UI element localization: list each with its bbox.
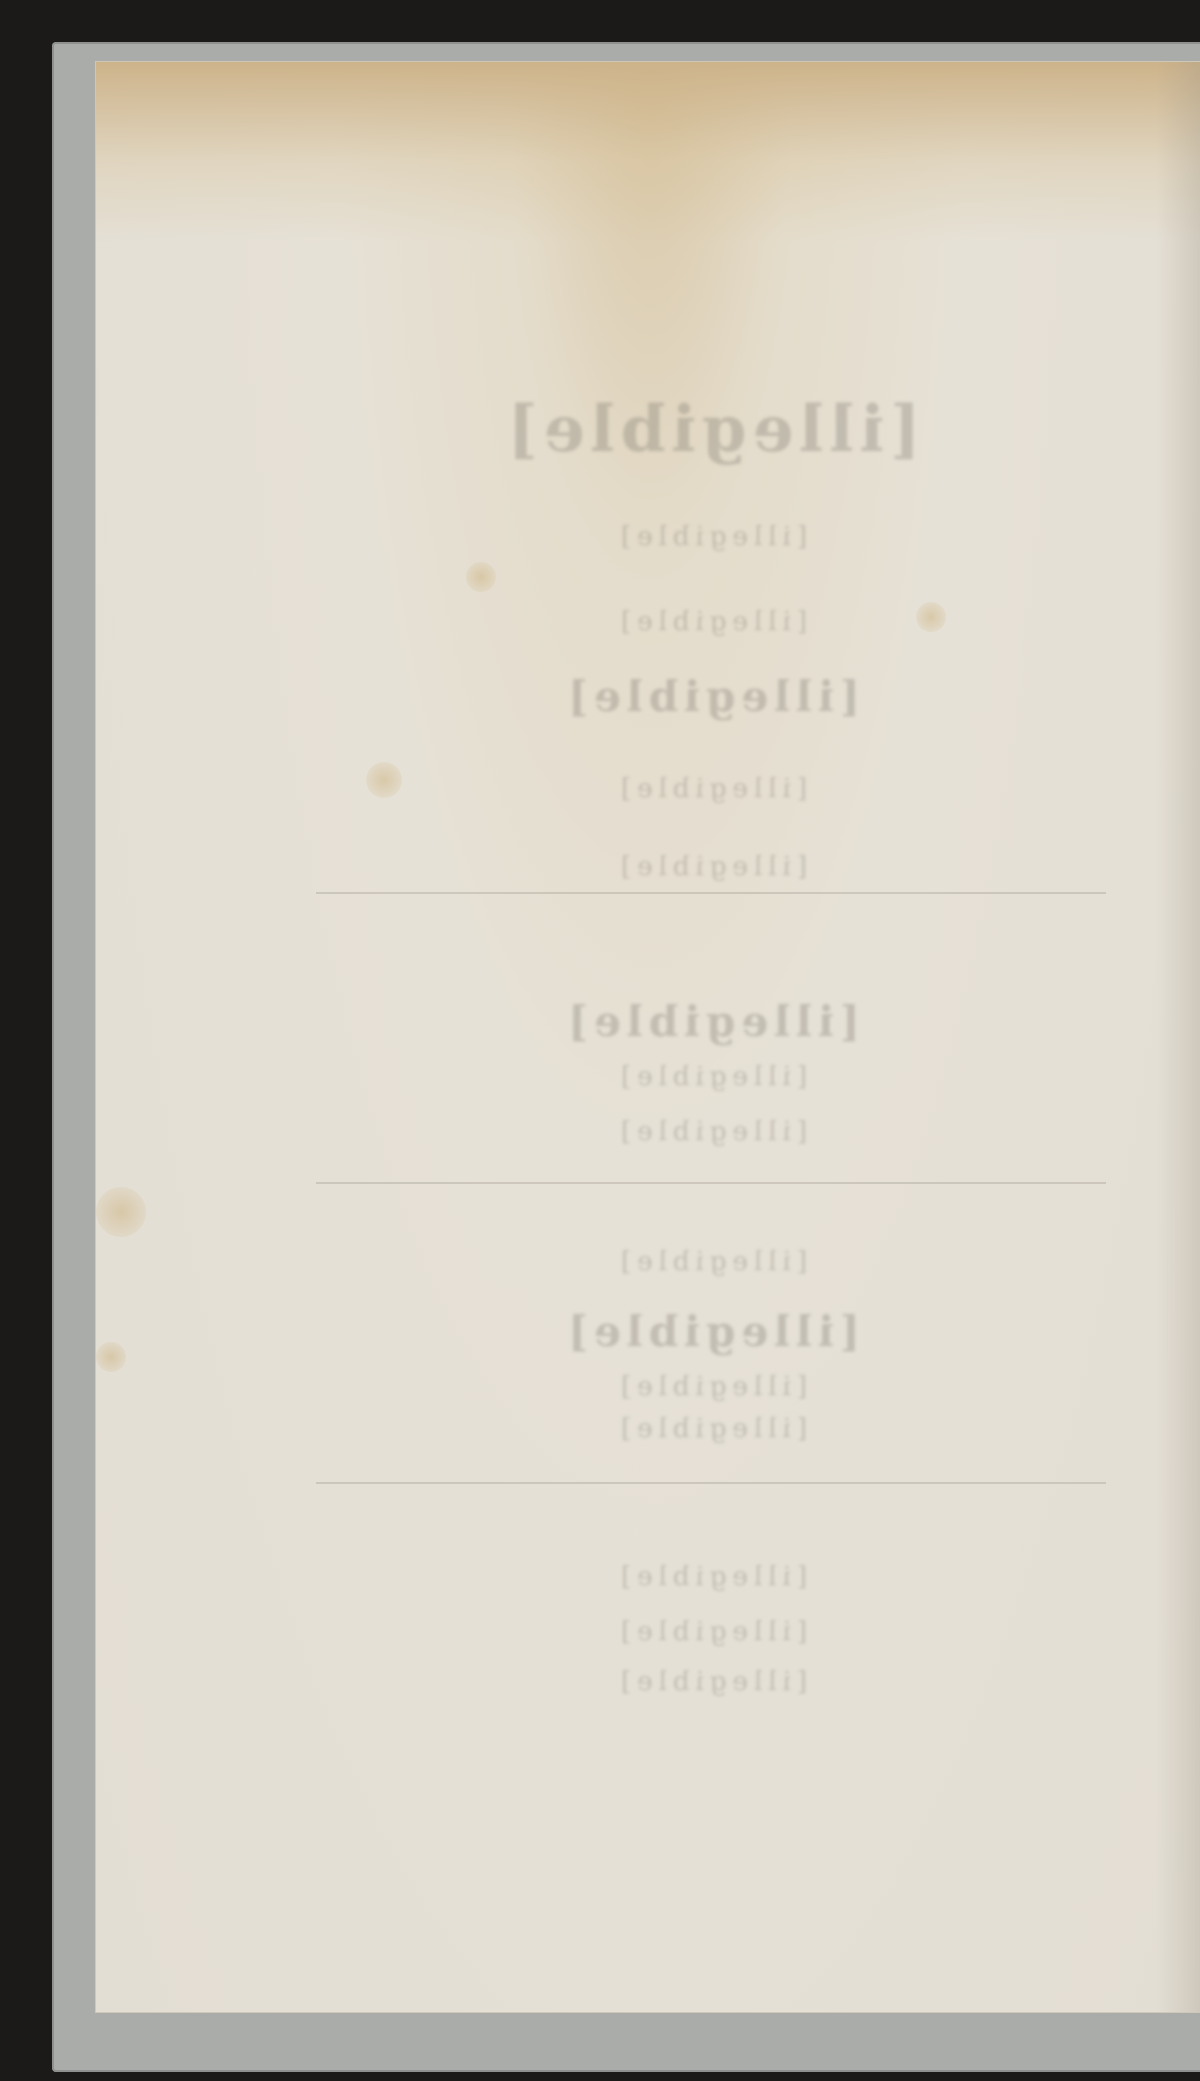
show-through-rule xyxy=(316,1182,1106,1184)
show-through-line: [illegible] xyxy=(316,1414,1106,1444)
foxing-spot xyxy=(96,1187,146,1237)
gutter-shadow xyxy=(1156,62,1200,2012)
show-through-line: [illegible] xyxy=(316,852,1106,882)
show-through-rule xyxy=(316,892,1106,894)
show-through-line: [illegible] xyxy=(316,607,1106,637)
foxing-spot xyxy=(96,1342,126,1372)
book-page: [illegible] [illegible] [illegible] [ill… xyxy=(96,62,1200,2012)
foxing-spot xyxy=(366,762,402,798)
show-through-title: [illegible] xyxy=(316,392,1106,467)
show-through-line: [illegible] xyxy=(316,1617,1106,1647)
scanned-page-scene: [illegible] [illegible] [illegible] [ill… xyxy=(0,0,1200,2081)
show-through-line: [illegible] xyxy=(316,1562,1106,1592)
show-through-line: [illegible] xyxy=(316,672,1106,721)
show-through-line: [illegible] xyxy=(316,774,1106,804)
show-through-line: [illegible] xyxy=(316,1062,1106,1092)
foxing-spot xyxy=(466,562,496,592)
show-through-line: [illegible] xyxy=(316,1667,1106,1697)
show-through-line: [illegible] xyxy=(316,1117,1106,1147)
show-through-line: [illegible] xyxy=(316,1247,1106,1277)
show-through-line: [illegible] xyxy=(316,997,1106,1046)
show-through-rule xyxy=(316,1482,1106,1484)
foxing-spot xyxy=(916,602,946,632)
show-through-line: [illegible] xyxy=(316,522,1106,552)
show-through-line: [illegible] xyxy=(316,1372,1106,1402)
show-through-line: [illegible] xyxy=(316,1307,1106,1356)
